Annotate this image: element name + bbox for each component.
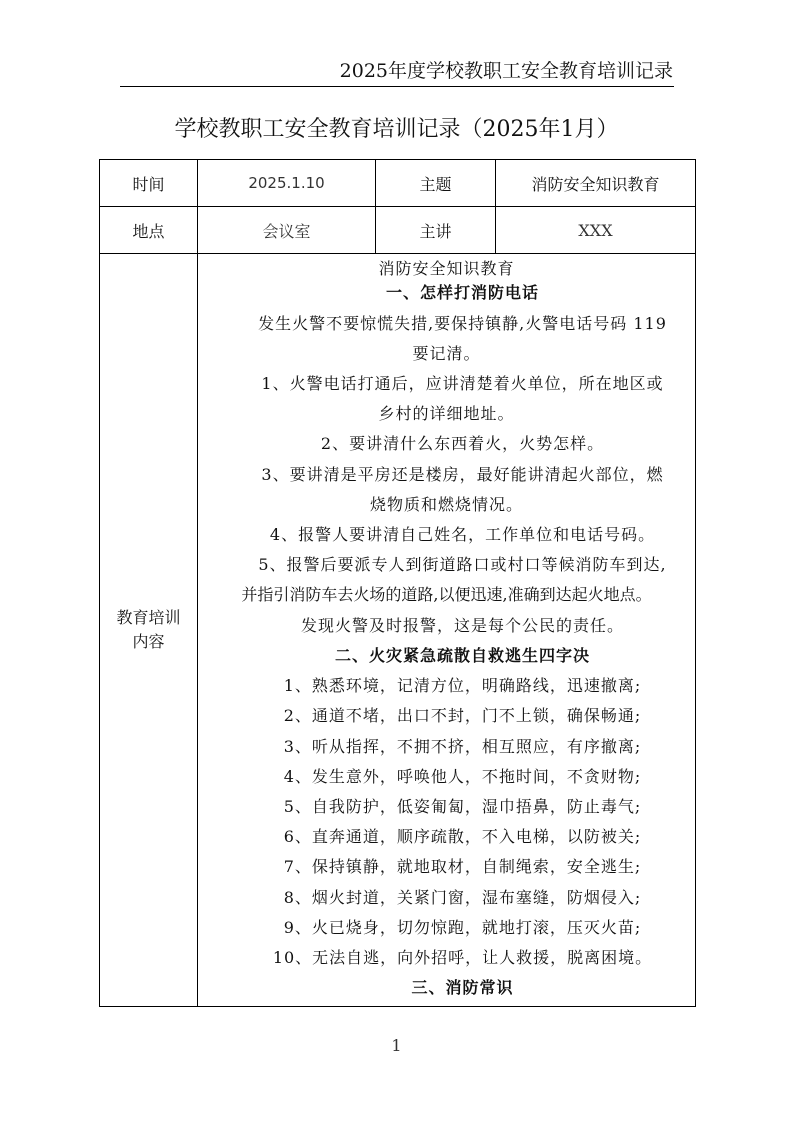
speaker-value: XXX <box>496 207 696 254</box>
section2-item: 1、熟悉环境，记清方位，明确路线，迅速撤离; <box>198 671 695 701</box>
training-record-table: 时间 2025.1.10 主题 消防安全知识教育 地点 会议室 主讲 XXX 教… <box>99 159 696 1007</box>
section2-item: 4、发生意外，呼唤他人，不拖时间，不贪财物; <box>198 762 695 792</box>
running-header-title: 2025年度学校教职工安全教育培训记录 <box>340 56 673 83</box>
content-label-line1: 教育培训 <box>100 606 197 630</box>
header-rule <box>120 86 674 87</box>
place-value: 会议室 <box>198 207 376 254</box>
section1-intro-line1: 发生火警不要惊慌失措,要保持镇静,火警电话号码 119 <box>198 309 695 339</box>
section1-item-1-line2: 乡村的详细地址。 <box>198 399 695 429</box>
table-row-time: 时间 2025.1.10 主题 消防安全知识教育 <box>100 160 696 207</box>
content-cell: 消防安全知识教育 一、怎样打消防电话 发生火警不要惊慌失措,要保持镇静,火警电话… <box>198 254 696 1007</box>
section1-item-1-line1: 1、火警电话打通后，应讲清楚着火单位，所在地区或 <box>198 369 695 399</box>
section2-item: 6、直奔通道，顺序疏散，不入电梯，以防被关; <box>198 822 695 852</box>
section1-item-3-line1: 3、要讲清是平房还是楼房，最好能讲清起火部位，燃 <box>198 460 695 490</box>
content-title: 消防安全知识教育 <box>198 257 695 281</box>
section2-item: 2、通道不堵，出口不封，门不上锁，确保畅通; <box>198 701 695 731</box>
training-content: 消防安全知识教育 一、怎样打消防电话 发生火警不要惊慌失措,要保持镇静,火警电话… <box>198 257 695 1004</box>
section2-item: 5、自我防护，低姿匍匐，湿巾捂鼻，防止毒气; <box>198 792 695 822</box>
section1-closing: 发现火警及时报警，这是每个公民的责任。 <box>198 611 695 641</box>
section2-item: 10、无法自逃，向外招呼，让人救援，脱离困境。 <box>198 943 695 973</box>
section1-item-5-line2: 并指引消防车去火场的道路,以便迅速,准确到达起火地点。 <box>198 580 695 610</box>
section1-item-3-line2: 烧物质和燃烧情况。 <box>198 490 695 520</box>
section2-item: 9、火已烧身，切勿惊跑，就地打滚，压灭火苗; <box>198 913 695 943</box>
table-row-place: 地点 会议室 主讲 XXX <box>100 207 696 254</box>
section2-item: 8、烟火封道，关紧门窗，湿布塞缝，防烟侵入; <box>198 883 695 913</box>
time-label: 时间 <box>100 160 198 207</box>
content-label: 教育培训 内容 <box>100 254 198 1007</box>
section2-item: 7、保持镇静，就地取材，自制绳索，安全逃生; <box>198 852 695 882</box>
section1-heading: 一、怎样打消防电话 <box>198 281 695 305</box>
topic-value: 消防安全知识教育 <box>496 160 696 207</box>
section2-item: 3、听从指挥，不拥不挤，相互照应，有序撤离; <box>198 732 695 762</box>
speaker-label: 主讲 <box>376 207 496 254</box>
section1-intro-line2: 要记清。 <box>198 339 695 369</box>
place-label: 地点 <box>100 207 198 254</box>
content-label-line2: 内容 <box>100 630 197 654</box>
document-title: 学校教职工安全教育培训记录（2025年1月） <box>0 112 793 143</box>
section1-item-2: 2、要讲清什么东西着火，火势怎样。 <box>198 429 695 459</box>
section3-heading: 三、消防常识 <box>198 973 695 1003</box>
page-number: 1 <box>0 1036 793 1055</box>
topic-label: 主题 <box>376 160 496 207</box>
section1-item-5-line1: 5、报警后要派专人到街道路口或村口等候消防车到达, <box>198 550 695 580</box>
section2-heading: 二、火灾紧急疏散自救逃生四字决 <box>198 641 695 671</box>
table-row-content: 教育培训 内容 消防安全知识教育 一、怎样打消防电话 发生火警不要惊慌失措,要保… <box>100 254 696 1007</box>
time-value: 2025.1.10 <box>198 160 376 207</box>
section1-item-4: 4、报警人要讲清自己姓名，工作单位和电话号码。 <box>198 520 695 550</box>
